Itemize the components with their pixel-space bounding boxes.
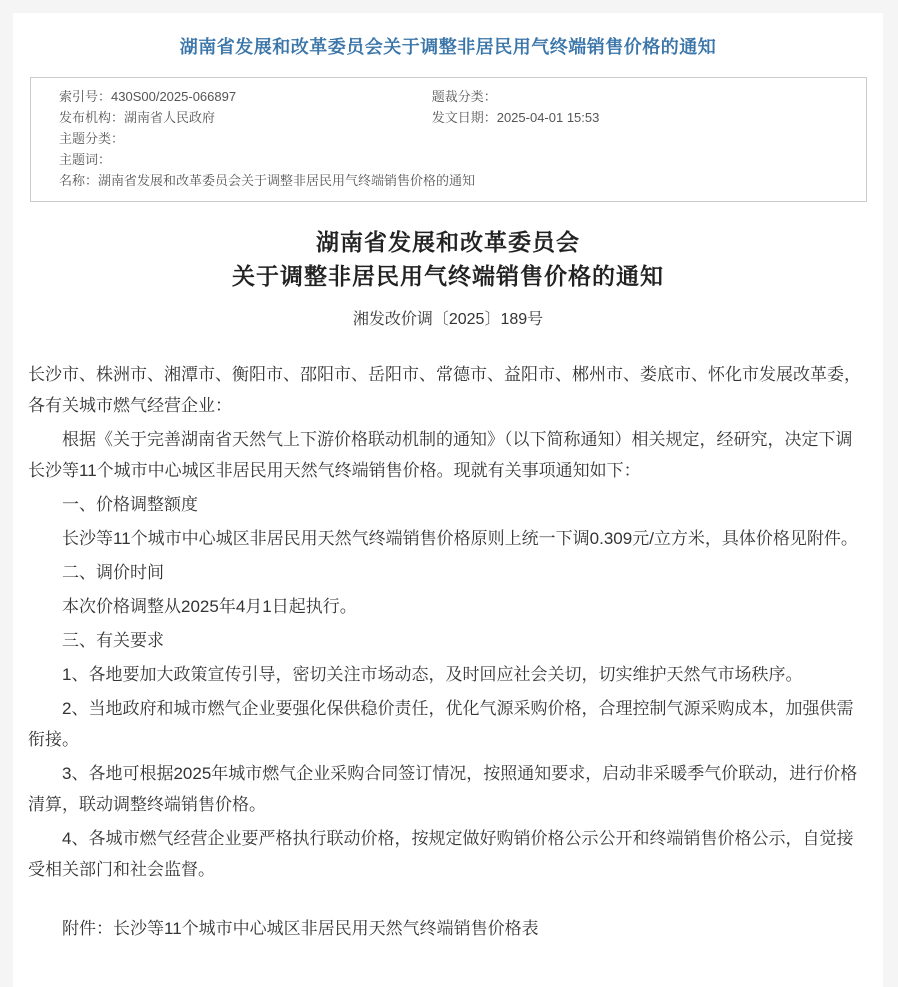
- paragraph: 一、价格调整额度: [28, 489, 861, 520]
- meta-field-value: 湖南省发展和改革委员会关于调整非居民用气终端销售价格的通知: [98, 173, 475, 188]
- meta-field-label: 索引号：: [59, 89, 111, 104]
- meta-field-label: 主题词：: [59, 152, 111, 167]
- meta-field: 索引号：430S00/2025-066897: [59, 86, 432, 107]
- meta-row: 索引号：430S00/2025-066897题裁分类：: [59, 86, 852, 107]
- meta-row: 名称：湖南省发展和改革委员会关于调整非居民用气终端销售价格的通知: [59, 170, 852, 191]
- content-card: 湖南省发展和改革委员会关于调整非居民用气终端销售价格的通知 索引号：430S00…: [13, 13, 883, 987]
- document-title-line1: 湖南省发展和改革委员会: [13, 226, 883, 260]
- paragraph: 1、各地要加大政策宣传引导，密切关注市场动态，及时回应社会关切，切实维护天然气市…: [28, 659, 861, 690]
- meta-field-value: 湖南省人民政府: [124, 110, 215, 125]
- attachment-line: 附件：长沙等11个城市中心城区非居民用天然气终端销售价格表: [28, 913, 861, 944]
- document-body: 长沙市、株洲市、湘潭市、衡阳市、邵阳市、岳阳市、常德市、益阳市、郴州市、娄底市、…: [13, 359, 883, 944]
- document-number: 湘发改价调〔2025〕189号: [13, 306, 883, 329]
- paragraph: 3、各地可根据2025年城市燃气企业采购合同签订情况，按照通知要求，启动非采暖季…: [28, 758, 861, 820]
- paragraph: 4、各城市燃气经营企业要严格执行联动价格，按规定做好购销价格公示公开和终端销售价…: [28, 823, 861, 885]
- document-title: 湖南省发展和改革委员会 关于调整非居民用气终端销售价格的通知: [13, 226, 883, 294]
- meta-field: 主题词：: [59, 149, 432, 170]
- page-title: 湖南省发展和改革委员会关于调整非居民用气终端销售价格的通知: [13, 13, 883, 75]
- meta-field-label: 名称：: [59, 173, 98, 188]
- meta-field: 主题分类：: [59, 128, 432, 149]
- meta-field-label: 发布机构：: [59, 110, 124, 125]
- paragraph: 三、有关要求: [28, 625, 861, 656]
- meta-field-label: 题裁分类：: [432, 89, 497, 104]
- document-title-line2: 关于调整非居民用气终端销售价格的通知: [13, 260, 883, 294]
- paragraph: 长沙市、株洲市、湘潭市、衡阳市、邵阳市、岳阳市、常德市、益阳市、郴州市、娄底市、…: [28, 359, 861, 421]
- paragraph: 长沙等11个城市中心城区非居民用天然气终端销售价格原则上统一下调0.309元/立…: [28, 523, 861, 554]
- paragraph: 根据《关于完善湖南省天然气上下游价格联动机制的通知》（以下简称通知）相关规定，经…: [28, 424, 861, 486]
- meta-field-label: 发文日期：: [432, 110, 497, 125]
- meta-field-value: 2025-04-01 15:53: [497, 110, 600, 125]
- meta-field: 名称：湖南省发展和改革委员会关于调整非居民用气终端销售价格的通知: [59, 170, 852, 191]
- paragraph: 本次价格调整从2025年4月1日起执行。: [28, 591, 861, 622]
- meta-field: 题裁分类：: [432, 86, 852, 107]
- meta-row: 主题词：: [59, 149, 852, 170]
- meta-field: 发文日期：2025-04-01 15:53: [432, 107, 852, 128]
- meta-row: 主题分类：: [59, 128, 852, 149]
- document-meta-box: 索引号：430S00/2025-066897题裁分类：发布机构：湖南省人民政府发…: [30, 77, 867, 202]
- meta-field: 发布机构：湖南省人民政府: [59, 107, 432, 128]
- meta-field-label: 主题分类：: [59, 131, 124, 146]
- paragraph: 2、当地政府和城市燃气企业要强化保供稳价责任，优化气源采购价格，合理控制气源采购…: [28, 693, 861, 755]
- meta-row: 发布机构：湖南省人民政府发文日期：2025-04-01 15:53: [59, 107, 852, 128]
- meta-field-value: 430S00/2025-066897: [111, 89, 236, 104]
- paragraph: 二、调价时间: [28, 557, 861, 588]
